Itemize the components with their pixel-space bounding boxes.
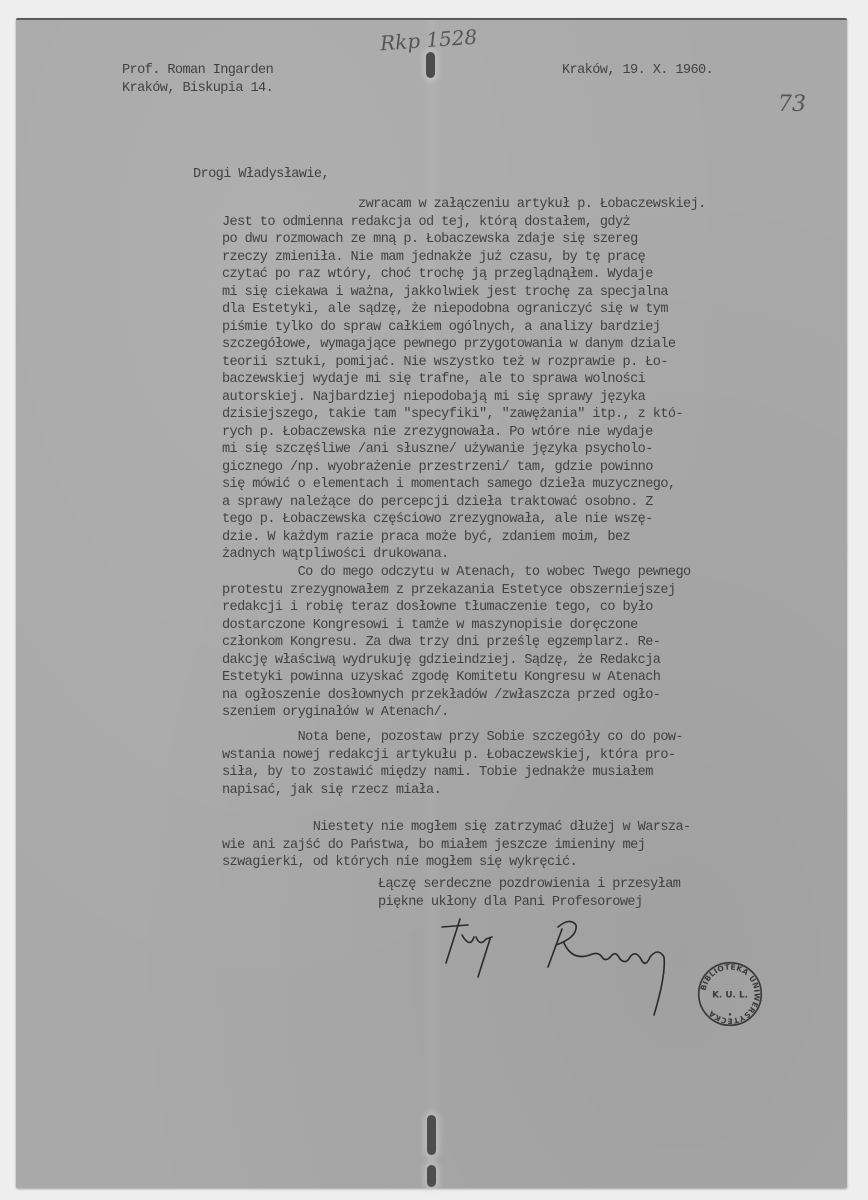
paragraph-2: Co do mego odczytu w Atenach, to wobec T… [222,564,691,722]
text-line: baczewskiej wydaje mi się trafne, ale to… [222,371,706,389]
text-line: mi się szczęśliwe /ani słuszne/ używanie… [222,441,706,459]
punch-hole-top [426,52,435,78]
paragraph-4: Niestety nie mogłem się zatrzymać dłużej… [222,819,691,872]
text-line: członkom Kongresu. Za dwa trzy dni prześ… [222,634,691,652]
text-line: protestu zrezygnowałem z przekazania Est… [222,582,691,600]
text-line: Niestety nie mogłem się zatrzymać dłużej… [222,819,691,837]
text-line: napisać, jak się rzecz miała. [222,782,683,800]
text-line: Nota bene, pozostaw przy Sobie szczegóły… [222,729,683,747]
text-line: mi się ciekawa i ważna, jakkolwiek jest … [222,284,706,302]
text-line: tego p. Łobaczewska częściowo zrezygnowa… [222,511,706,529]
text-line: autorskiej. Najbardziej niepodobają mi s… [222,389,706,407]
text-line: Łączę serdeczne pozdrowienia i przesyłam [378,876,680,894]
text-line: redakcji i robię teraz dosłowne tłumacze… [222,599,691,617]
salutation: Drogi Władysławie, [193,166,329,184]
punch-hole-bottom [427,1115,436,1155]
text-line: żadnych wątpliwości drukowana. [222,546,706,564]
text-line: się mówić o elementach i momentach sameg… [222,476,706,494]
text-line: piśmie tylko do spraw całkiem ogólnych, … [222,319,706,337]
text-line: czytać po raz wtóry, choć trochę ją prze… [222,266,706,284]
text-line: dzisiejszego, takie tam "specyfiki", "za… [222,406,706,424]
text-line: wie ani zajść do Państwa, bo miałem jesz… [222,837,691,855]
text-line: dakcję właściwą wydrukuję gdzieindziej. … [222,652,691,670]
paragraph-3: Nota bene, pozostaw przy Sobie szczegóły… [222,729,683,799]
text-line: dostarczone Kongresowi i tamże w maszyno… [222,617,691,635]
text-line: dzie. W każdym razie praca może być, zda… [222,529,706,547]
sender-name: Prof. Roman Ingarden [122,62,273,80]
text-line: a sprawy należące do percepcji dzieła tr… [222,494,706,512]
paragraph-1: zwracam w załączeniu artykuł p. Łobaczew… [222,196,706,564]
text-line: rzeczy zmieniła. Nie mam jednakże już cz… [222,249,706,267]
text-line: dla Estetyki, ale sądzę, że niepodobna o… [222,301,706,319]
sender-address: Kraków, Biskupia 14. [122,80,273,98]
text-line: Jest to odmienna redakcja od tej, którą … [222,214,706,232]
text-line: zwracam w załączeniu artykuł p. Łobaczew… [222,196,706,214]
text-line: piękne ukłony dla Pani Profesorowej [378,894,680,912]
text-line: siła, by to zostawić między nami. Tobie … [222,764,683,782]
text-line: rych p. Łobaczewska nie zrezygnowała. Po… [222,424,706,442]
text-line: teorii sztuki, pomijać. Nie wszystko też… [222,354,706,372]
text-line: szczegółowe, wymagające pewnego przygoto… [222,336,706,354]
signature [440,915,680,1035]
closing: Łączę serdeczne pozdrowienia i przesyłam… [378,876,680,911]
library-stamp: BIBLIOTEKA UNIWERSYTECKA K. U. L. [696,960,764,1028]
text-line: gicznego /np. wyobrażenie przestrzeni/ t… [222,459,706,477]
text-line: Estetyki powinna uzyskać zgodę Komitetu … [222,669,691,687]
text-line: na ogłoszenie dosłownych przekładów /zwł… [222,687,691,705]
text-line: po dwu rozmowach ze mną p. Łobaczewska z… [222,231,706,249]
text-line: Co do mego odczytu w Atenach, to wobec T… [222,564,691,582]
place-date: Kraków, 19. X. 1960. [562,62,713,80]
text-line: szwagierki, od których nie mogłem się wy… [222,854,691,872]
folio-number: 73 [778,92,806,117]
text-line: szeniem oryginałów w Atenach/. [222,704,691,722]
punch-hole-bottom-edge [427,1165,436,1187]
text-line: wstania nowej redakcji artykułu p. Łobac… [222,747,683,765]
svg-text:K. U. L.: K. U. L. [712,990,748,1000]
